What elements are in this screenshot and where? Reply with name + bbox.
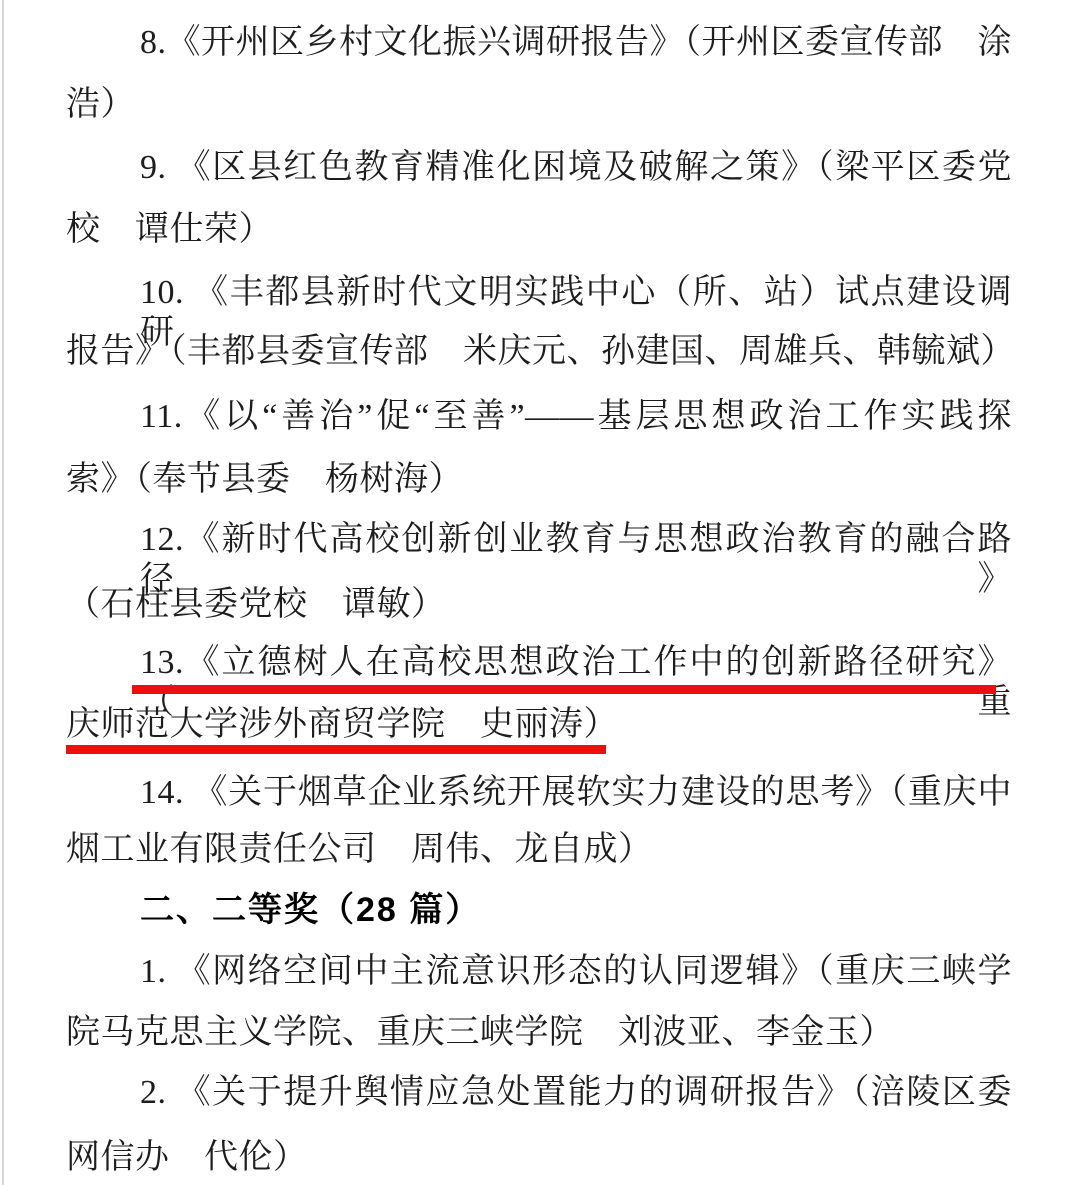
doc-line-item12-2: （石柱县委党校 谭敏） [66,585,1012,625]
doc-line-item8-1: 8.《开州区乡村文化振兴调研报告》（开州区委宣传部 涂 [66,23,1012,63]
doc-line-item11-1: 11.《以“善治”促“至善”——基层思想政治工作实践探 [66,397,1012,437]
doc-line-item9-1: 9. 《区县红色教育精准化困境及破解之策》（梁平区委党 [66,148,1012,188]
doc-line-item10-2: 报告》（丰都县委宣传部 米庆元、孙建国、周雄兵、韩毓斌） [66,332,1012,372]
doc-line-s2-item2-2: 网信办 代伦） [66,1138,1012,1178]
doc-line-item14-1: 14. 《关于烟草企业系统开展软实力建设的思考》（重庆中 [66,773,1012,813]
doc-line-item14-2: 烟工业有限责任公司 周伟、龙自成） [66,830,1012,870]
doc-line-item13-2: 庆师范大学涉外商贸学院 史丽涛） [66,705,1012,745]
document-page: 8.《开州区乡村文化振兴调研报告》（开州区委宣传部 涂 浩） 9. 《区县红色教… [0,0,1080,1185]
page-edge-line [2,0,4,1185]
doc-line-item9-2: 校 谭仕荣） [66,210,1012,250]
doc-line-item8-2: 浩） [66,85,1012,125]
red-underline-item13-line2 [66,745,606,754]
section-heading-second-prize: 二、二等奖（28 篇） [66,890,1012,930]
doc-line-s2-item2-1: 2. 《关于提升舆情应急处置能力的调研报告》（涪陵区委 [66,1073,1012,1113]
red-underline-item13-line1 [132,685,996,694]
doc-line-item11-2: 索》（奉节县委 杨树海） [66,460,1012,500]
doc-line-s2-item1-2: 院马克思主义学院、重庆三峡学院 刘波亚、李金玉） [66,1013,1012,1053]
doc-line-s2-item1-1: 1. 《网络空间中主流意识形态的认同逻辑》（重庆三峡学 [66,952,1012,992]
